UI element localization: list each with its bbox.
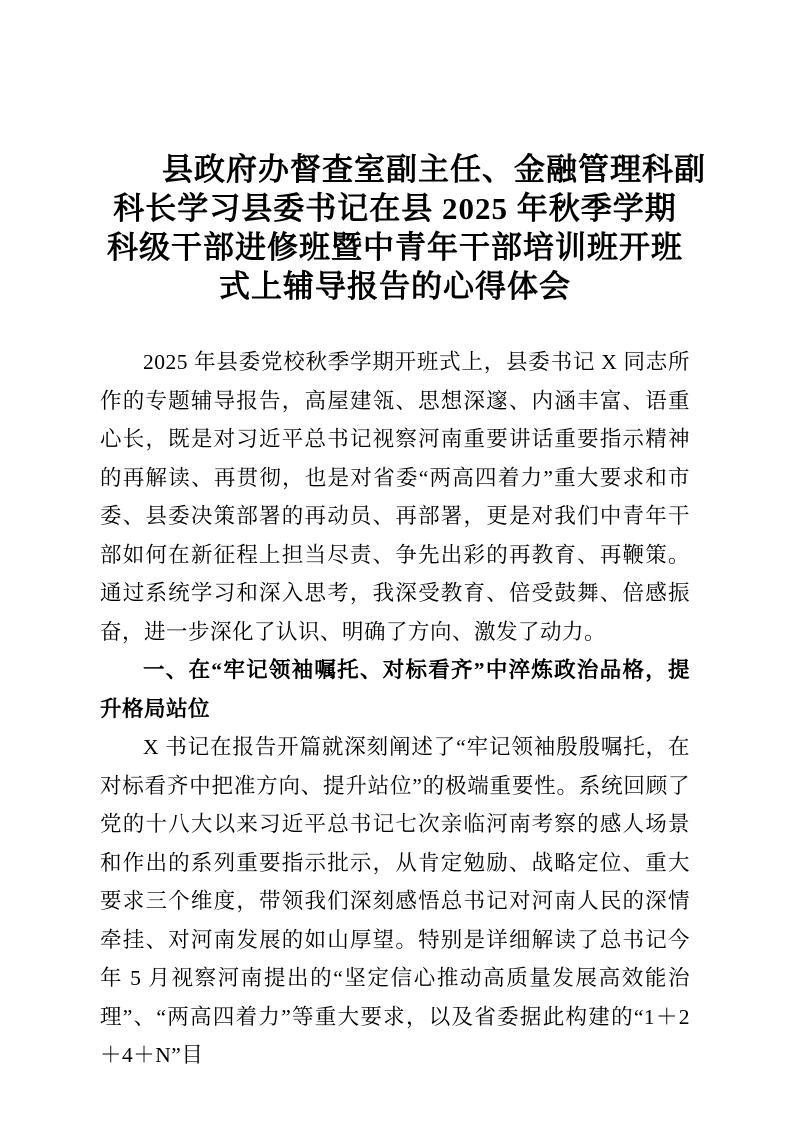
title-line-3: 科级干部进修班暨中青年干部培训班开班 [100, 228, 690, 267]
title-line-1: 县政府办督查室副主任、金融管理科副 [100, 150, 690, 189]
section-1-paragraph: X 书记在报告开篇就深刻阐述了“牢记领袖殷殷嘱托，在对标看齐中把准方向、提升站位… [100, 728, 690, 1075]
intro-paragraph: 2025 年县委党校秋季学期开班式上，县委书记 X 同志所作的专题辅导报告，高屋… [100, 343, 690, 651]
document-title: 县政府办督查室副主任、金融管理科副 科长学习县委书记在县 2025 年秋季学期 … [100, 150, 690, 306]
title-line-2: 科长学习县委书记在县 2025 年秋季学期 [100, 189, 690, 228]
title-line-4: 式上辅导报告的心得体会 [100, 267, 690, 306]
section-1-heading: 一、在“牢记领袖嘱托、对标看齐”中淬炼政治品格，提升格局站位 [100, 651, 690, 728]
document-page: 县政府办督查室副主任、金融管理科副 科长学习县委书记在县 2025 年秋季学期 … [0, 0, 793, 1122]
document-body: 2025 年县委党校秋季学期开班式上，县委书记 X 同志所作的专题辅导报告，高屋… [100, 343, 690, 1075]
